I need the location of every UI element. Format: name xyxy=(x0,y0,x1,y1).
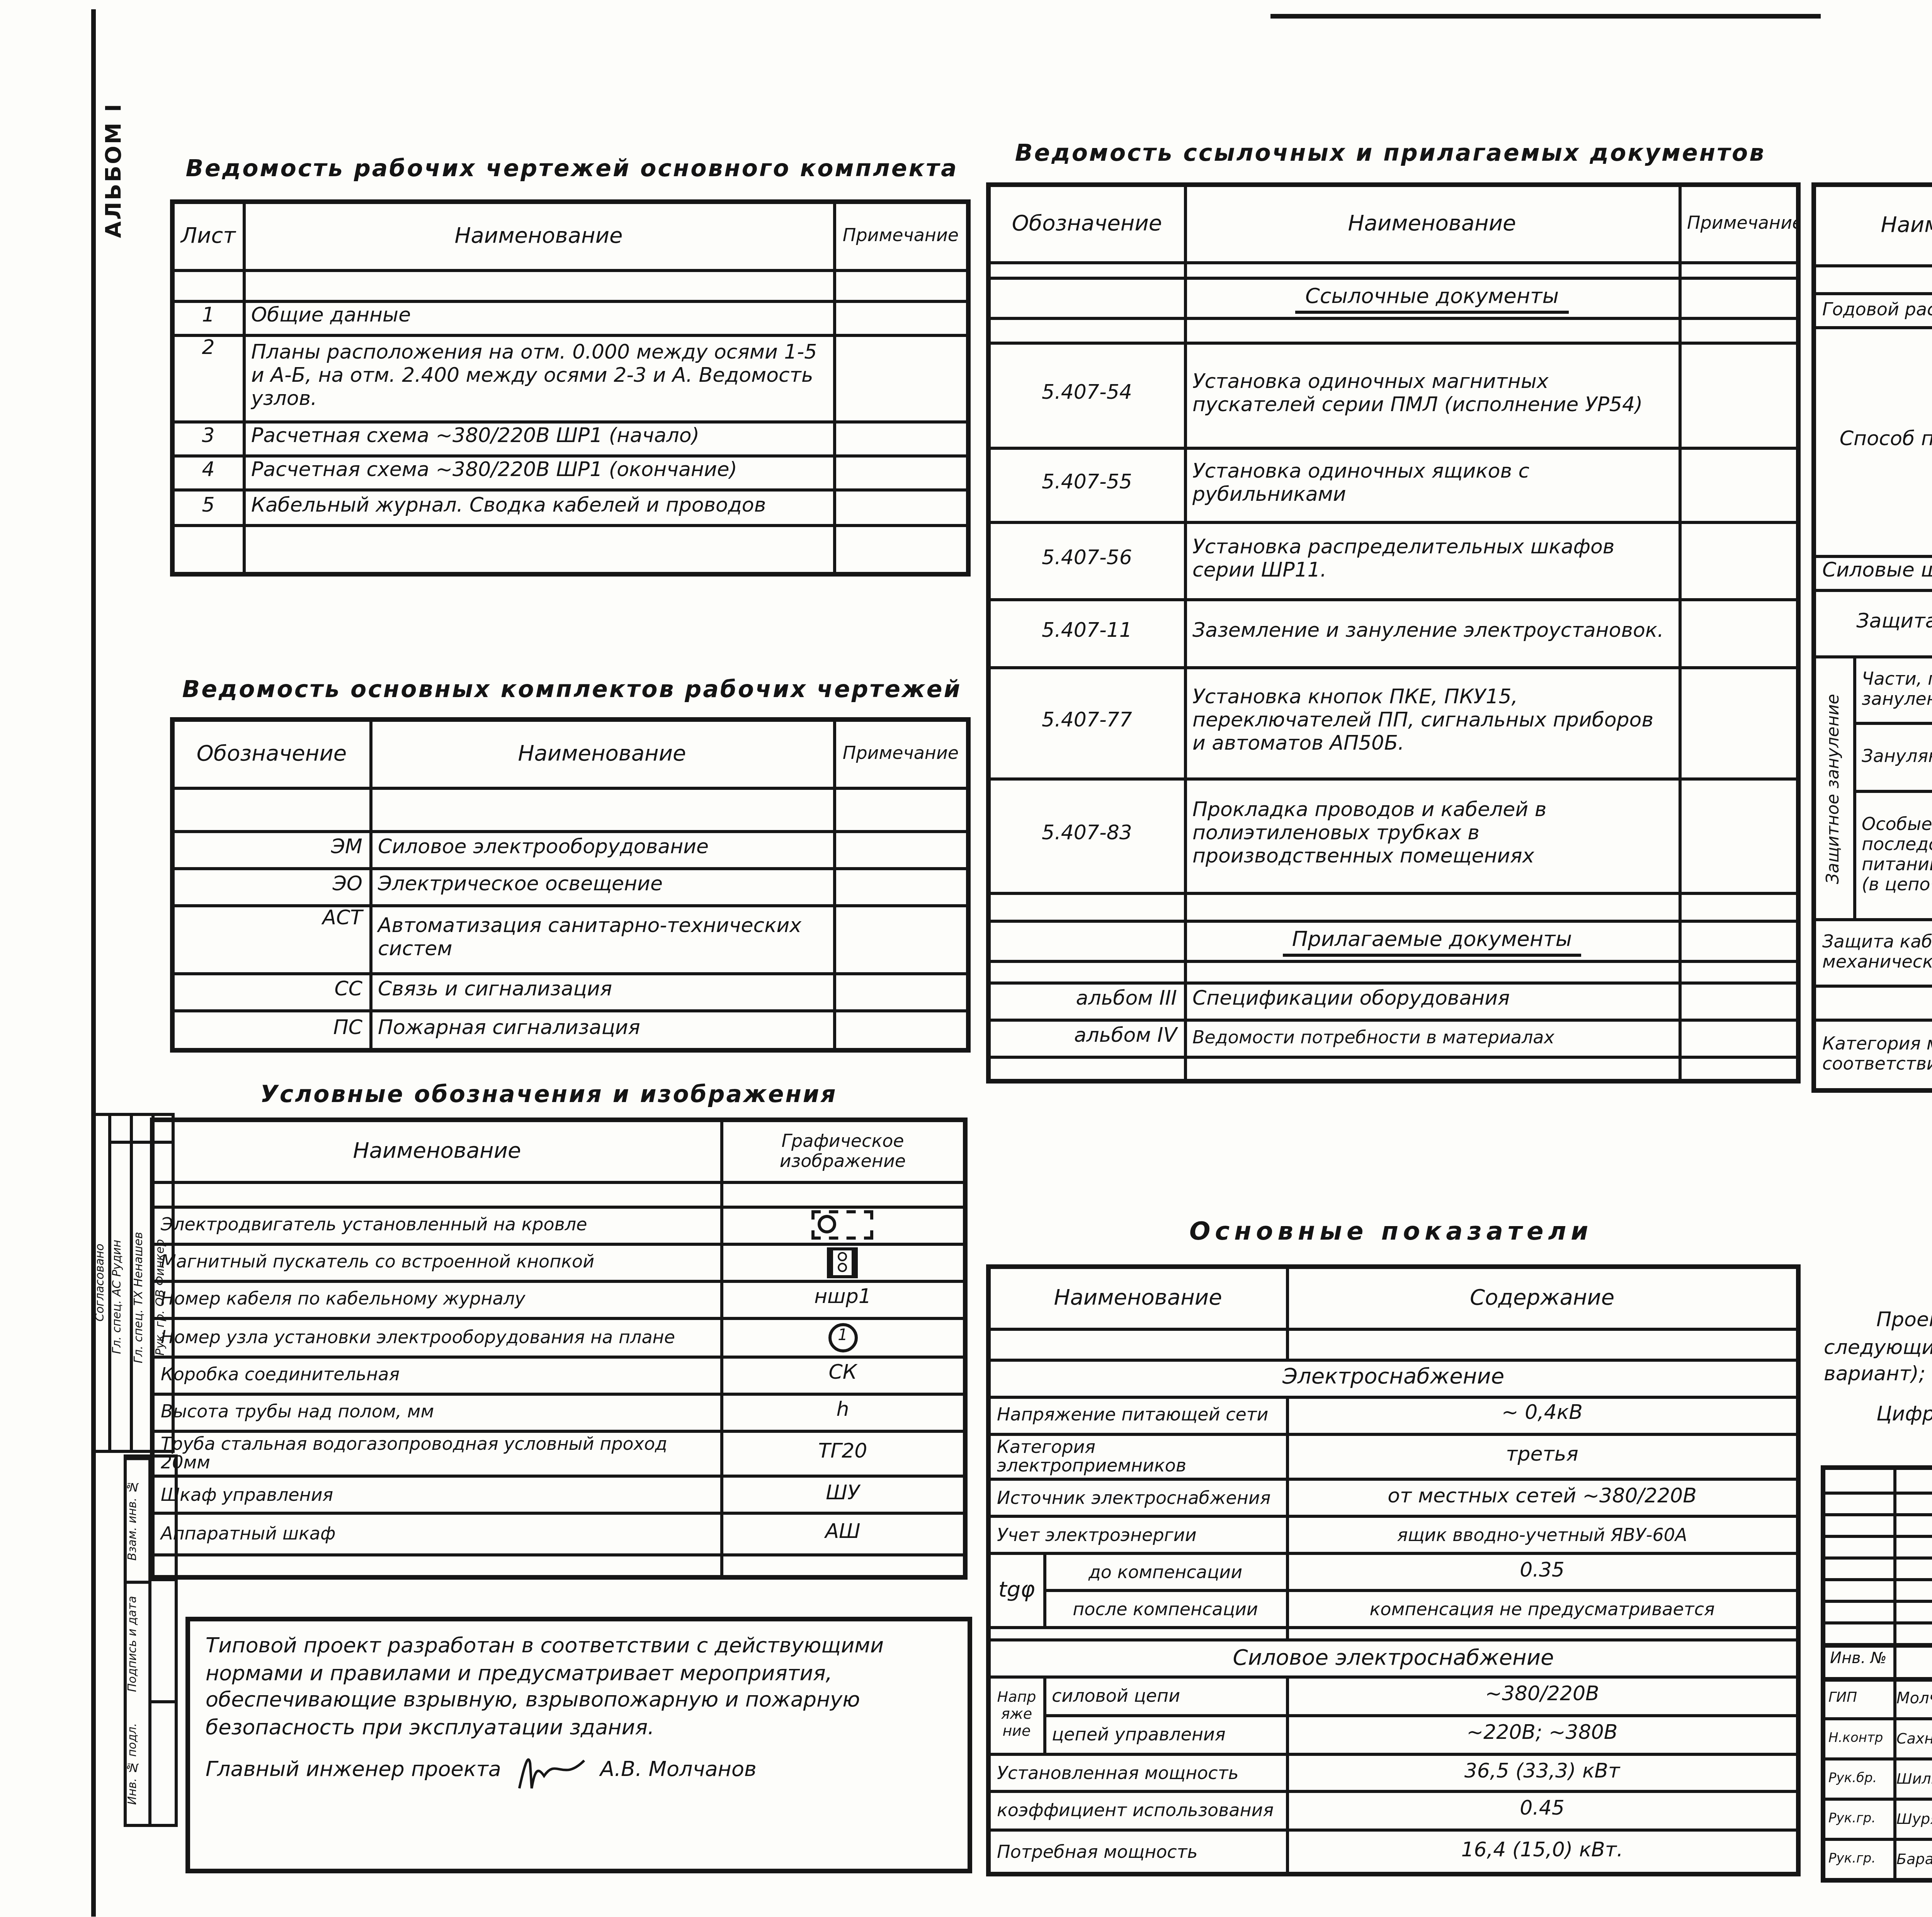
ref-table-title: Ведомость ссылочных и прилагаемых докуме… xyxy=(992,139,1788,167)
signature xyxy=(510,1752,591,1792)
table-row: 5.407-77 Установка кнопок ПКЕ, ПКУ15, пе… xyxy=(988,667,1798,778)
cell-name: Силовые шкафы xyxy=(1814,556,1932,590)
general-notes-text: Проект силового электрооборудования разр… xyxy=(1824,1308,1932,1441)
cell-name: Спецификации оборудования xyxy=(1185,982,1679,1019)
ref-col-name: Наименование xyxy=(1185,185,1679,262)
table-row: СС Связь и сигнализация xyxy=(172,973,968,1010)
table-row: Магнитный пускатель со встроенной кнопко… xyxy=(152,1243,965,1281)
ref-section-title: Ссылочные документы xyxy=(1296,284,1568,313)
ind-header-row: Наименование Содержание xyxy=(988,1267,1798,1328)
cell-value: третья xyxy=(1287,1434,1798,1480)
role-title: ГИП xyxy=(1825,1691,1896,1706)
table-row: 5 Кабельный журнал. Сводка кабелей и про… xyxy=(172,489,968,525)
ms-col-name: Наименование xyxy=(370,720,834,788)
ind-col-content: Содержание xyxy=(1287,1267,1798,1328)
table-row: Защита от коррозии Окраска труб эмалью м… xyxy=(1814,590,1932,656)
table-row: Номер кабеля по кабельному журналу ншр1 xyxy=(152,1281,965,1318)
cell-value: ящик вводно-учетный ЯВУ-60А xyxy=(1287,1517,1798,1554)
cell-name: Учет электроэнергии xyxy=(988,1517,1287,1554)
role-title: Н.контр xyxy=(1825,1731,1896,1747)
cell-sheet: 4 xyxy=(172,455,243,489)
table-row: tgφ до компенсации 0.35 xyxy=(988,1554,1798,1591)
table-row: Защита кабельной сети от механических по… xyxy=(1814,919,1932,985)
frame-labels-col: Взам. инв. № Подпись и дата Инв. № подл. xyxy=(124,1454,151,1827)
ind-section2: Силовое электроснабжение xyxy=(988,1640,1798,1677)
table-row: Установленная мощность 36,5 (33,3) кВт xyxy=(988,1755,1798,1792)
ms-table-title: Ведомость основных комплектов рабочих че… xyxy=(178,675,966,703)
table-row: Напряжение питающей сети ~ 0,4кВ xyxy=(988,1397,1798,1434)
signer-role: Главный инженер проекта xyxy=(206,1758,501,1785)
cell-code: альбом III xyxy=(988,982,1185,1019)
cell-name: Общие данные xyxy=(243,301,834,335)
ref-section-row: Ссылочные документы xyxy=(988,277,1798,318)
role-row: Рук.гр. Баранова xyxy=(1825,1841,1932,1878)
cell-symbol: ТГ20 xyxy=(721,1431,965,1476)
table-row: Номер узла установки электрооборудования… xyxy=(152,1318,965,1356)
cell-symbol: ншр1 xyxy=(721,1281,965,1318)
ref-col-code: Обозначение xyxy=(988,185,1185,262)
approval-top-cell xyxy=(133,1116,151,1144)
table-row: Источник электроснабжения от местных сет… xyxy=(988,1480,1798,1517)
cell-code: альбом IV xyxy=(988,1019,1185,1056)
cell-value: от местных сетей ~380/220В xyxy=(1287,1480,1798,1517)
cell-name: Части, подлежащие зануление xyxy=(1854,656,1932,723)
ind-table-title: Основные показатели xyxy=(1066,1216,1716,1246)
role-name: Сахновская xyxy=(1896,1730,1932,1747)
role-title: Рук.гр. xyxy=(1825,1852,1896,1867)
sym-col-graphic: Графическое изображение xyxy=(721,1120,965,1182)
table-row: 5.407-83 Прокладка проводов и кабелей в … xyxy=(988,778,1798,893)
table-row: 1 Общие данные xyxy=(172,301,968,335)
general-notes-p1: Проект силового электрооборудования разр… xyxy=(1824,1308,1932,1389)
cell-name: цепей управления xyxy=(1044,1716,1287,1755)
cell-name: Кабельный журнал. Сводка кабелей и прово… xyxy=(243,489,834,525)
frame-left-border xyxy=(91,9,96,1917)
att-section-title: Прилагаемые документы xyxy=(1283,927,1581,956)
cell-sheet: 1 xyxy=(172,301,243,335)
grounding-group-label: Защитное зануление xyxy=(1814,656,1854,919)
cell-name: Шкаф управления xyxy=(152,1476,721,1514)
cell-code: ПС xyxy=(172,1010,370,1050)
role-title: Рук.гр. xyxy=(1825,1812,1896,1827)
cell-name: Электрическое освещение xyxy=(370,868,834,905)
cell-value: 36,5 (33,3) кВт xyxy=(1287,1755,1798,1792)
table-row: АСТ Автоматизация санитарно-технических … xyxy=(172,905,968,973)
table-row: альбом III Спецификации оборудования xyxy=(988,982,1798,1019)
table-row: 5.407-11 Заземление и зануление электроу… xyxy=(988,599,1798,667)
cell-name: Связь и сигнализация xyxy=(370,973,834,1010)
cell-name: Потребная мощность xyxy=(988,1830,1287,1874)
table-row: Электродвигатель установленный на кровле xyxy=(152,1206,965,1243)
role-name: Шильгин xyxy=(1896,1771,1932,1788)
ind-table: Наименование Содержание Электроснабжение… xyxy=(986,1264,1801,1876)
cell-name: Ведомости потребности в материалах xyxy=(1185,1019,1679,1056)
cell-value: ~ 0,4кВ xyxy=(1287,1397,1798,1434)
inventory-label: Инв. № xyxy=(1830,1651,1887,1668)
cell-symbol: СК xyxy=(721,1356,965,1393)
sym-table: Наименование Графическое изображение Эле… xyxy=(150,1118,968,1579)
cell-code: 5.407-56 xyxy=(988,522,1185,599)
general-notes-p2: Цифры в скобках приведены для t = -20°, … xyxy=(1824,1402,1932,1429)
approval-col: Гл. спец. АС Рудин xyxy=(108,1113,133,1453)
cell-name: Источник электроснабжения xyxy=(988,1480,1287,1517)
role-row: ГИП Молчанов xyxy=(1825,1680,1932,1717)
revision-grid: Инв. № ГИП Молчанов Н.контр Сахновская Р… xyxy=(1825,1470,1932,1878)
general-notes-title: Общие указания xyxy=(1917,1261,1932,1291)
cont-table: Наименование Содержание Годовой расход э… xyxy=(1811,182,1932,1093)
cell-sheet: 3 xyxy=(172,421,243,455)
table-row: Высота трубы над полом, мм h xyxy=(152,1393,965,1431)
ms-header-row: Обозначение Наименование Примечание xyxy=(172,720,968,788)
cell-name: Категория молниезащиты в соответствии СН… xyxy=(1814,1019,1932,1090)
ref-table: Обозначение Наименование Примечание Ссыл… xyxy=(986,182,1801,1084)
sym-col-name: Наименование xyxy=(152,1120,721,1182)
cell-code: ЭМ xyxy=(172,831,370,868)
role-name: Молчанов xyxy=(1896,1690,1932,1707)
frame-label: Инв. № подл. xyxy=(127,1704,148,1824)
cell-name: коэффициент использования xyxy=(988,1792,1287,1830)
cell-name: Защита от коррозии xyxy=(1814,590,1932,656)
cell-symbol: АШ xyxy=(721,1514,965,1555)
ind-section-row: Электроснабжение xyxy=(988,1359,1798,1397)
wd-col-sheet: Лист xyxy=(172,202,243,270)
cell-value: компенсация не предусматривается xyxy=(1287,1591,1798,1628)
ms-col-note: Примечание xyxy=(834,720,968,788)
table-row: Потребная мощность 16,4 (15,0) кВт. xyxy=(988,1830,1798,1874)
cell-name: после компенсации xyxy=(1044,1591,1287,1628)
sym-header-row: Наименование Графическое изображение xyxy=(152,1120,965,1182)
scan-viewport: 46 АЛЬБОМ I Согласовано Гл. спец. АС Руд… xyxy=(0,0,1932,1917)
role-title: Рук.бр. xyxy=(1825,1771,1896,1787)
voltage-group-label: Напряжение xyxy=(988,1677,1044,1755)
table-row: 4 Расчетная схема ~380/220В ШР1 (окончан… xyxy=(172,455,968,489)
wd-col-name: Наименование xyxy=(243,202,834,270)
cell-name: Способ прокладки сети xyxy=(1814,327,1932,556)
cell-name: Магнитный пускатель со встроенной кнопко… xyxy=(152,1243,721,1281)
table-row: после компенсации компенсация не предусм… xyxy=(988,1591,1798,1628)
cell-name: Напряжение питающей сети xyxy=(988,1397,1287,1434)
cell-value: 0.35 xyxy=(1287,1554,1798,1591)
album-label: АЛЬБОМ I xyxy=(102,96,136,244)
ms-table: Обозначение Наименование Примечание ЭМ С… xyxy=(170,717,971,1053)
ind-section-row: Силовое электроснабжение xyxy=(988,1640,1798,1677)
cell-name: Труба стальная водогазопроводная условны… xyxy=(152,1431,721,1476)
table-row: коэффициент использования 0.45 xyxy=(988,1792,1798,1830)
cell-value: ~220В; ~380В xyxy=(1287,1716,1798,1755)
ind-col-name: Наименование xyxy=(988,1267,1287,1328)
cell-value: 0.45 xyxy=(1287,1792,1798,1830)
cell-name: Расчетная схема ~380/220В ШР1 (начало) xyxy=(243,421,834,455)
cell-value: ~380/220В xyxy=(1287,1677,1798,1716)
cell-code: АСТ xyxy=(172,905,370,973)
cell-name: Годовой расход эл. энергии xyxy=(1814,293,1932,327)
cell-name: Особые указания при последовательном пит… xyxy=(1854,791,1932,919)
frame-label: Подпись и дата xyxy=(127,1581,148,1704)
cell-name: Расчетная схема ~380/220В ШР1 (окончание… xyxy=(243,455,834,489)
project-note-box: Типовой проект разработан в соответствии… xyxy=(185,1617,972,1873)
cell-name: Высота трубы над полом, мм xyxy=(152,1393,721,1431)
frame-top-line xyxy=(1270,14,1821,19)
table-row: цепей управления ~220В; ~380В xyxy=(988,1716,1798,1755)
cell-name: Зануляющие проводники xyxy=(1854,723,1932,791)
cell-name: Установка распределительных шкафов серии… xyxy=(1185,522,1679,599)
frame-label: Взам. инв. № xyxy=(127,1458,148,1581)
cell-symbol: ШУ xyxy=(721,1476,965,1514)
role-row: Рук.бр. Шильгин xyxy=(1825,1761,1932,1798)
table-row: Защитное зануление Части, подлежащие зан… xyxy=(1814,656,1932,723)
cell-code: ЭО xyxy=(172,868,370,905)
table-row: Коробка соединительная СК xyxy=(152,1356,965,1393)
cont-section-row: Молниезащита xyxy=(1814,985,1932,1019)
cell-value: 16,4 (15,0) кВт. xyxy=(1287,1830,1798,1874)
approval-top-cell xyxy=(111,1116,130,1144)
table-row: 5.407-54 Установка одиночных магнитных п… xyxy=(988,342,1798,447)
cell-name: Пожарная сигнализация xyxy=(370,1010,834,1050)
lightning-section-title: Молниезащита xyxy=(1814,985,1932,1019)
role-name: Шуряева xyxy=(1896,1811,1932,1828)
table-row: ЭО Электрическое освещение xyxy=(172,868,968,905)
approval-label: Согласовано xyxy=(94,1116,108,1450)
cell-sheet: 5 xyxy=(172,489,243,525)
cell-code: 5.407-83 xyxy=(988,778,1185,893)
cell-name: Установка одиночных ящиков с рубильникам… xyxy=(1185,447,1679,522)
role-row: Рук.гр. Шуряева xyxy=(1825,1801,1932,1838)
node-number-icon: 1 xyxy=(828,1322,857,1352)
role-name: Баранова xyxy=(1896,1851,1932,1868)
cell-name: Планы расположения на отм. 0.000 между о… xyxy=(243,335,834,421)
cell-name: Защита кабельной сети от механических по… xyxy=(1814,919,1932,985)
project-note-text: Типовой проект разработан в соответствии… xyxy=(206,1634,952,1742)
table-row: 2 Планы расположения на отм. 0.000 между… xyxy=(172,335,968,421)
cell-code: 5.407-55 xyxy=(988,447,1185,522)
cell-name: Силовое электрооборудование xyxy=(370,831,834,868)
cell-name: Коробка соединительная xyxy=(152,1356,721,1393)
table-row: 3 Расчетная схема ~380/220В ШР1 (начало) xyxy=(172,421,968,455)
table-row: Труба стальная водогазопроводная условны… xyxy=(152,1431,965,1476)
table-row: ЭМ Силовое электрооборудование xyxy=(172,831,968,868)
cell-symbol: h xyxy=(721,1393,965,1431)
table-row: Учет электроэнергии ящик вводно-учетный … xyxy=(988,1517,1798,1554)
cell-sheet: 2 xyxy=(172,335,243,421)
drawing-sheet: 46 АЛЬБОМ I Согласовано Гл. спец. АС Руд… xyxy=(0,0,1932,1917)
table-row: Годовой расход эл. энергии 26.2 (24.0) М… xyxy=(1814,293,1932,327)
ref-header-row: Обозначение Наименование Примечание xyxy=(988,185,1798,262)
cell-code: 5.407-77 xyxy=(988,667,1185,778)
motor-on-roof-icon xyxy=(812,1210,874,1240)
table-row: ПС Пожарная сигнализация xyxy=(172,1010,968,1050)
table-row: 5.407-55 Установка одиночных ящиков с ру… xyxy=(988,447,1798,522)
ref-section-row: Прилагаемые документы xyxy=(988,920,1798,961)
cell-name: до компенсации xyxy=(1044,1554,1287,1591)
cell-name: Установленная мощность xyxy=(988,1755,1287,1792)
wd-table: Лист Наименование Примечание 1 Общие дан… xyxy=(170,199,971,577)
cont-header-row: Наименование Содержание xyxy=(1814,185,1932,265)
wd-table-title: Ведомость рабочих чертежей основного ком… xyxy=(178,155,966,182)
cell-name: Установка кнопок ПКЕ, ПКУ15, переключате… xyxy=(1185,667,1679,778)
table-row: Категория молниезащиты в соответствии СН… xyxy=(1814,1019,1932,1090)
role-row: Н.контр Сахновская xyxy=(1825,1720,1932,1757)
approval-label: Гл. спец. АС Рудин xyxy=(111,1144,130,1450)
table-row: альбом IV Ведомости потребности в матери… xyxy=(988,1019,1798,1056)
tg-label: tgφ xyxy=(988,1554,1044,1628)
cell-name: Электродвигатель установленный на кровле xyxy=(152,1206,721,1243)
table-row: 5.407-56 Установка распределительных шка… xyxy=(988,522,1798,599)
cell-name: Аппаратный шкаф xyxy=(152,1514,721,1555)
table-row: Аппаратный шкаф АШ xyxy=(152,1514,965,1555)
magnetic-starter-icon xyxy=(827,1247,858,1277)
cell-code: 5.407-11 xyxy=(988,599,1185,667)
ref-col-note: Примечание xyxy=(1679,185,1798,262)
wd-header-row: Лист Наименование Примечание xyxy=(172,202,968,270)
cell-code: СС xyxy=(172,973,370,1010)
cell-name: Номер кабеля по кабельному журналу xyxy=(152,1281,721,1318)
cell-name: силовой цепи xyxy=(1044,1677,1287,1716)
table-row: Способ прокладки сети Кабелем марки АВВГ… xyxy=(1814,327,1932,556)
approval-label: Гл. спец. ТХ Ненашев xyxy=(133,1144,151,1450)
table-row: Шкаф управления ШУ xyxy=(152,1476,965,1514)
cell-code: 5.407-54 xyxy=(988,342,1185,447)
cell-name: Категория электроприемников xyxy=(988,1434,1287,1480)
table-row: Силовые шкафы серии ШР11 xyxy=(1814,556,1932,590)
ind-section1: Электроснабжение xyxy=(988,1359,1798,1397)
cell-name: Установка одиночных магнитных пускателей… xyxy=(1185,342,1679,447)
signer-name: А.В. Молчанов xyxy=(600,1758,757,1785)
cell-name: Номер узла установки электрооборудования… xyxy=(152,1318,721,1356)
cell-name: Прокладка проводов и кабелей в полиэтиле… xyxy=(1185,778,1679,893)
ms-col-code: Обозначение xyxy=(172,720,370,788)
wd-col-note: Примечание xyxy=(834,202,968,270)
table-row: Категория электроприемников третья xyxy=(988,1434,1798,1480)
title-block: Инв. № ГИП Молчанов Н.контр Сахновская Р… xyxy=(1821,1465,1932,1883)
cell-name: Заземление и зануление электроустановок. xyxy=(1185,599,1679,667)
cell-name: Автоматизация санитарно-технических сист… xyxy=(370,905,834,973)
sym-table-title: Условные обозначения и изображения xyxy=(162,1080,935,1108)
table-row: Напряжение силовой цепи ~380/220В xyxy=(988,1677,1798,1716)
cont-col-name: Наименование xyxy=(1814,185,1932,265)
